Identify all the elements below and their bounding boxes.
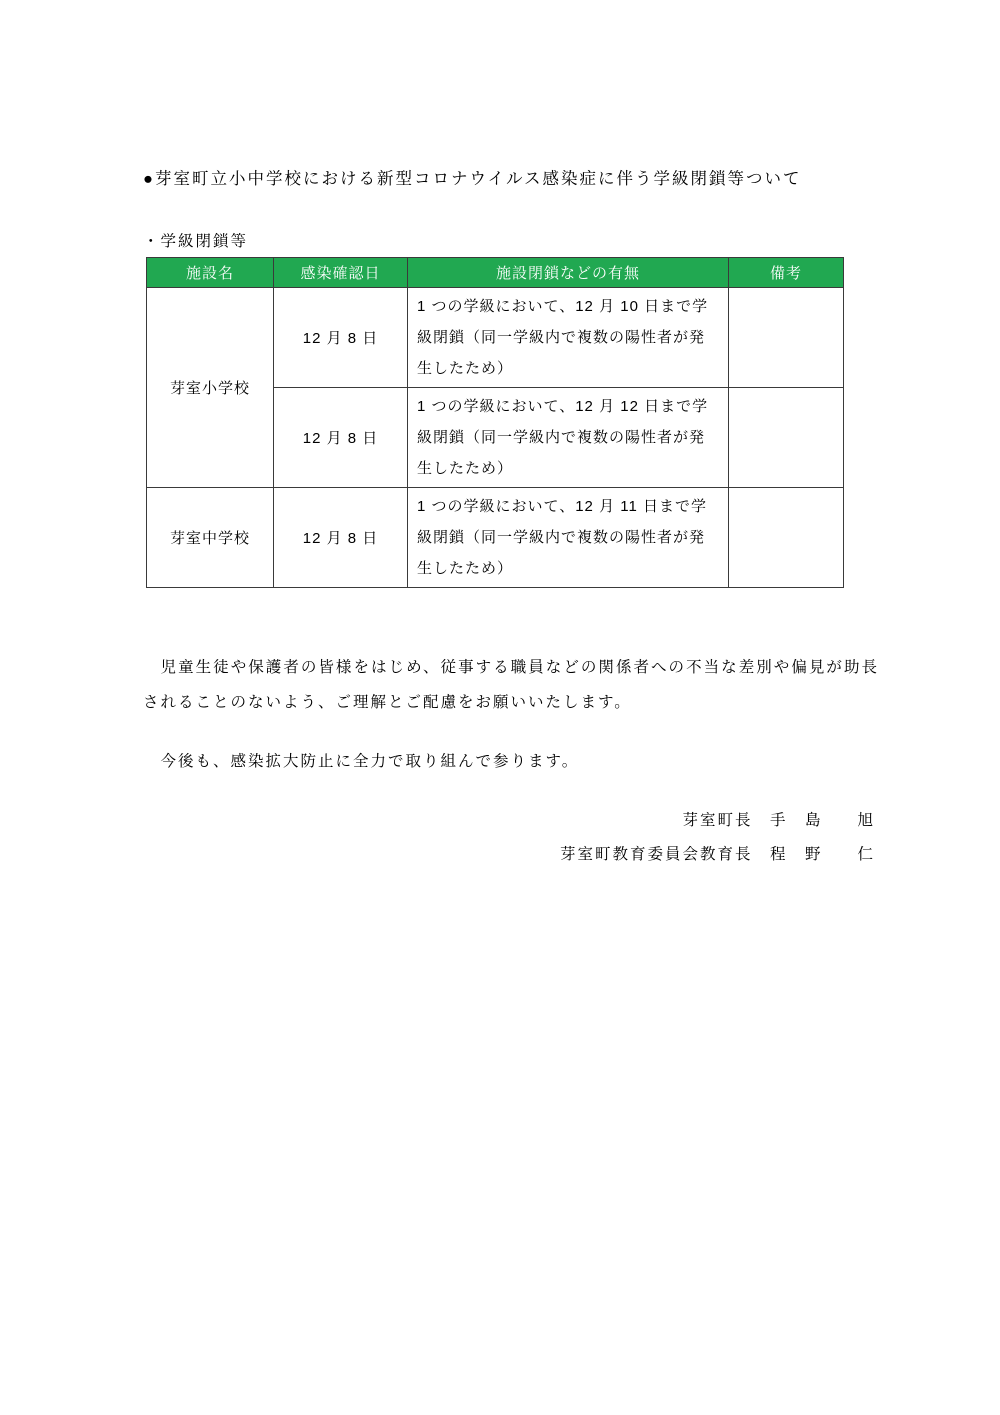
col-header-remarks: 備考: [729, 258, 844, 288]
cell-closure: 1 つの学級において、12 月 12 日まで学級閉鎖（同一学級内で複数の陽性者が…: [408, 388, 729, 488]
paragraph-discrimination-notice: 児童生徒や保護者の皆様をはじめ、従事する職員などの関係者への不当な差別や偏見が助…: [143, 650, 879, 720]
col-header-closure-status: 施設閉鎖などの有無: [408, 258, 729, 288]
col-header-confirmed-date: 感染確認日: [274, 258, 408, 288]
document-page: ●芽室町立小中学校における新型コロナウイルス感染症に伴う学級閉鎖等ついて ・学級…: [0, 0, 1000, 1415]
section-label: ・学級閉鎖等: [143, 229, 248, 251]
cell-closure: 1 つの学級において、12 月 11 日まで学級閉鎖（同一学級内で複数の陽性者が…: [408, 488, 729, 588]
cell-date: 12 月 8 日: [274, 288, 408, 388]
cell-facility-elementary: 芽室小学校: [147, 288, 274, 488]
cell-date: 12 月 8 日: [274, 488, 408, 588]
table-row: 芽室中学校 12 月 8 日 1 つの学級において、12 月 11 日まで学級閉…: [147, 488, 844, 588]
signature-superintendent: 芽室町教育委員会教育長 程 野 仁: [560, 838, 875, 872]
signature-block: 芽室町長 手 島 旭 芽室町教育委員会教育長 程 野 仁: [560, 804, 875, 872]
paragraph-prevention-commitment: 今後も、感染拡大防止に全力で取り組んで参ります。: [143, 744, 879, 779]
cell-remarks: [729, 288, 844, 388]
document-title: ●芽室町立小中学校における新型コロナウイルス感染症に伴う学級閉鎖等ついて: [143, 165, 801, 189]
cell-closure: 1 つの学級において、12 月 10 日まで学級閉鎖（同一学級内で複数の陽性者が…: [408, 288, 729, 388]
table-row: 芽室小学校 12 月 8 日 1 つの学級において、12 月 10 日まで学級閉…: [147, 288, 844, 388]
closure-table: 施設名 感染確認日 施設閉鎖などの有無 備考 芽室小学校 12 月 8 日 1 …: [146, 257, 844, 588]
cell-facility-junior-high: 芽室中学校: [147, 488, 274, 588]
signature-mayor: 芽室町長 手 島 旭: [560, 804, 875, 838]
table-header-row: 施設名 感染確認日 施設閉鎖などの有無 備考: [147, 258, 844, 288]
cell-date: 12 月 8 日: [274, 388, 408, 488]
cell-remarks: [729, 488, 844, 588]
col-header-facility: 施設名: [147, 258, 274, 288]
cell-remarks: [729, 388, 844, 488]
